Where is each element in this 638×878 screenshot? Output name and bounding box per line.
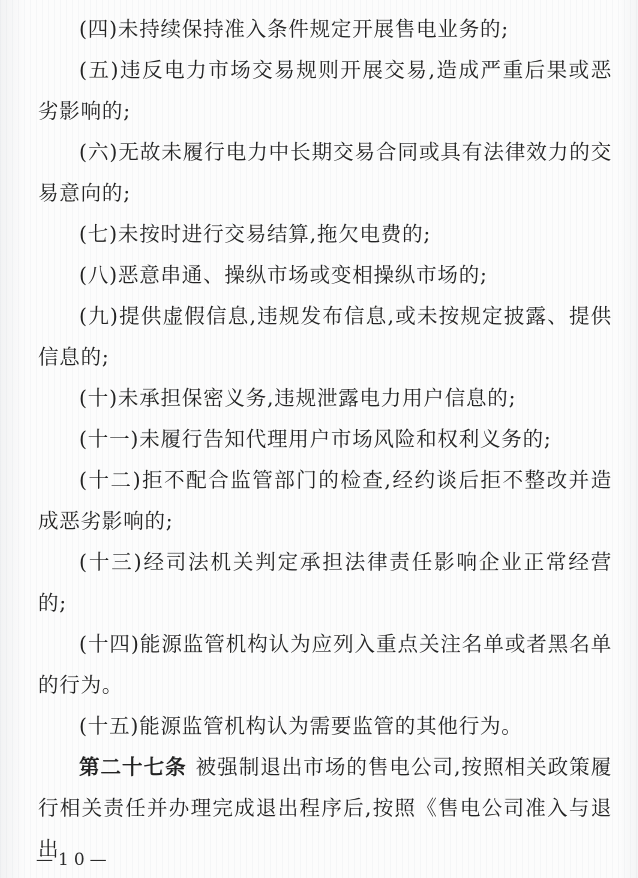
clause-item-9: (九)提供虚假信息,违规发布信息,或未按规定披露、提供信息的; [38,296,612,378]
article-paragraph: 第二十七条被强制退出市场的售电公司,按照相关政策履行相关责任并办理完成退出程序后… [38,747,612,870]
clause-item-12: (十二)拒不配合监管部门的检查,经约谈后拒不整改并造成恶劣影响的; [38,460,612,542]
article-number-label: 第二十七条 [79,755,187,779]
clause-item-4: (四)未持续保持准入条件规定开展售电业务的; [38,9,612,50]
clause-item-13: (十三)经司法机关判定承担法律责任影响企业正常经营的; [38,542,612,624]
clause-item-5: (五)违反电力市场交易规则开展交易,造成严重后果或恶劣影响的; [38,50,612,132]
clause-item-11: (十一)未履行告知代理用户市场风险和权利义务的; [38,419,612,460]
clause-item-10: (十)未承担保密义务,违规泄露电力用户信息的; [38,378,612,419]
clause-item-7: (七)未按时进行交易结算,拖欠电费的; [38,214,612,255]
page-number: —10— [36,850,112,870]
clause-item-8: (八)恶意串通、操纵市场或变相操纵市场的; [38,255,612,296]
document-page: (四)未持续保持准入条件规定开展售电业务的; (五)违反电力市场交易规则开展交易… [0,0,638,870]
clause-item-14: (十四)能源监管机构认为应列入重点关注名单或者黑名单的行为。 [38,624,612,706]
clause-item-6: (六)无故未履行电力中长期交易合同或具有法律效力的交易意向的; [38,132,612,214]
clause-item-15: (十五)能源监管机构认为需要监管的其他行为。 [38,706,612,747]
